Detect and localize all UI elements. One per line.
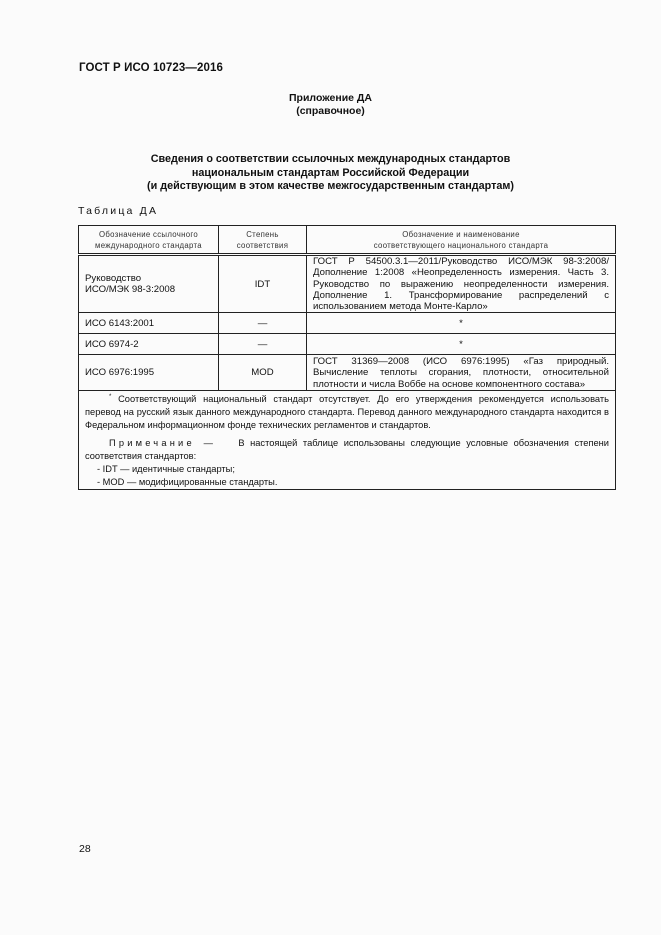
note-label: Примечание — [109,438,216,448]
column-header-line: Обозначение ссылочного [85,229,212,240]
national-standard-cell: ГОСТ 31369—2008 (ИСО 6976:1995) «Газ при… [307,355,616,391]
table-row: ИСО 6976:1995 MOD ГОСТ 31369—2008 (ИСО 6… [79,355,616,391]
table-caption: Таблица ДА [78,205,158,217]
page-number: 28 [79,843,91,855]
document-code-header: ГОСТ Р ИСО 10723—2016 [79,62,223,74]
degree-cell: IDT [219,255,307,313]
national-standard-cell: * [307,334,616,355]
table-row: ИСО 6974-2 — * [79,334,616,355]
degree-cell: MOD [219,355,307,391]
note-item-idt: - IDT — идентичные стандарты; [85,463,609,476]
column-header-reference: Обозначение ссылочного международного ст… [79,226,219,255]
degree-cell: — [219,313,307,334]
footnote-mark: * [109,394,111,400]
table-notes-row: * Соответствующий национальный стандарт … [79,391,616,490]
reference-cell: ИСО 6974-2 [79,334,219,355]
section-title-line-1: Сведения о соответствии ссылочных междун… [0,153,661,167]
reference-cell: ИСО 6143:2001 [79,313,219,334]
column-header-national: Обозначение и наименование соответствующ… [307,226,616,255]
column-header-line: соответствующего национального стандарта [313,240,609,251]
table-header-row: Обозначение ссылочного международного ст… [79,226,616,255]
national-standard-cell: ГОСТ Р 54500.3.1—2011/Руководство ИСО/МЭ… [307,255,616,313]
note: Примечание — В настоящей таблице использ… [85,437,609,463]
section-title-line-3: (и действующим в этом качестве межгосуда… [0,180,661,194]
reference-cell: ИСО 6976:1995 [79,355,219,391]
table-row: ИСО 6143:2001 — * [79,313,616,334]
national-standard-cell: * [307,313,616,334]
column-header-line: соответствия [225,240,300,251]
table-notes-cell: * Соответствующий национальный стандарт … [79,391,616,490]
reference-line: ИСО/МЭК 98-3:2008 [85,284,212,295]
standards-correspondence-table: Обозначение ссылочного международного ст… [78,225,616,490]
column-header-line: Степень [225,229,300,240]
reference-cell: Руководство ИСО/МЭК 98-3:2008 [79,255,219,313]
degree-cell: — [219,334,307,355]
annex-heading: Приложение ДА (справочное) [0,92,661,118]
annex-subtitle: (справочное) [0,105,661,118]
column-header-line: международного стандарта [85,240,212,251]
reference-line: Руководство [85,273,212,284]
section-title: Сведения о соответствии ссылочных междун… [0,153,661,194]
note-item-mod: - MOD — модифицированные стандарты. [85,476,609,489]
section-title-line-2: национальным стандартам Российской Федер… [0,167,661,181]
annex-title: Приложение ДА [0,92,661,105]
footnote-text: Соответствующий национальный стандарт от… [85,394,609,430]
footnote: * Соответствующий национальный стандарт … [85,391,609,432]
column-header-degree: Степень соответствия [219,226,307,255]
column-header-line: Обозначение и наименование [313,229,609,240]
table-row: Руководство ИСО/МЭК 98-3:2008 IDT ГОСТ Р… [79,255,616,313]
